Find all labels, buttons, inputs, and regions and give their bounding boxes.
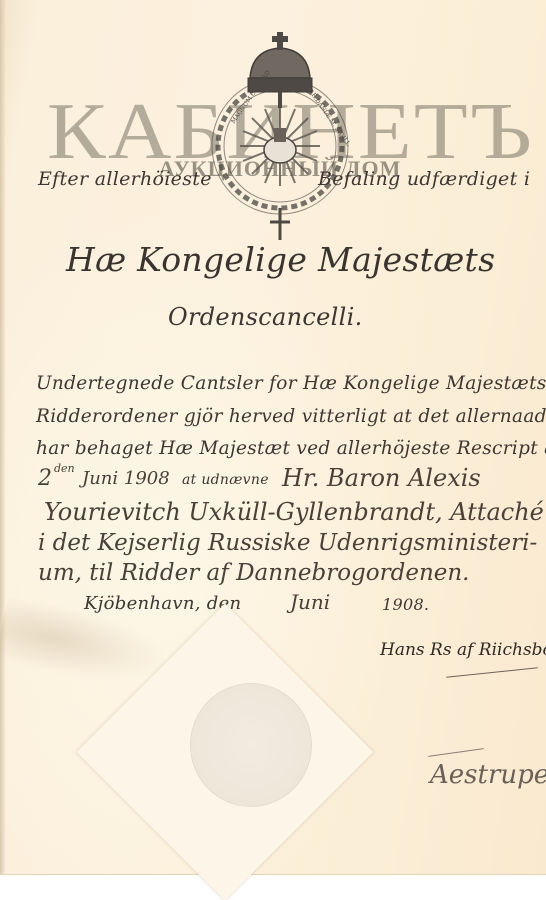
header-left-text: Efter allerhöieste [38, 168, 212, 190]
chancellor-signature: Hans Rs af Riichsborg [380, 640, 546, 660]
svg-text:S.R.DANIÆ M. SIGILL.: S.R.DANIÆ M. SIGILL. [306, 87, 352, 149]
body-line-1: Undertegnede Cantsler for Hæ Kongelige M… [36, 373, 546, 394]
recipient-ministry-line: i det Kejserlig Russiske Udenrigsministe… [38, 530, 537, 556]
document-title: Hæ Kongelige Majestæts [66, 240, 495, 279]
header-right-text: Befaling udfærdiget i [318, 168, 530, 190]
handwritten-date-month-year: Juni 1908 [82, 468, 170, 489]
recipient-name-line-2: Yourievitch Uxküll-Gyllenbrandt, Attaché [44, 498, 544, 526]
body-line-2: Ridderordener gjör herved vitterligt at … [36, 406, 546, 427]
handwritten-date-day: 2 [38, 466, 52, 491]
document-subtitle: Ordenscancelli. [168, 303, 363, 331]
secretary-signature: Aestrupe [430, 760, 546, 790]
order-appointment-line: um, til Ridder af Dannebrogordenen. [38, 560, 470, 586]
secretary-signature-stroke [428, 748, 484, 757]
body-line-3: har behaget Hæ Majestæt ved allerhöjeste… [36, 438, 546, 459]
closing-year: 1908. [382, 595, 429, 614]
order-emblem-icon: MAGNUM CAR ORD S.R.DANIÆ M. SIGILL. [190, 28, 370, 248]
diploma-page: КАБИНЕТЪ АУКЦИОННЫЙ ДОМ [0, 0, 546, 875]
handwritten-date-den: den [54, 462, 75, 475]
closing-month: Juni [290, 590, 330, 614]
signature-flourish [446, 667, 538, 678]
embossed-seal-icon [190, 683, 312, 807]
recipient-name-line-1: Hr. Baron Alexis [282, 464, 481, 492]
body-printed-appoint: at udnævne [182, 472, 269, 488]
